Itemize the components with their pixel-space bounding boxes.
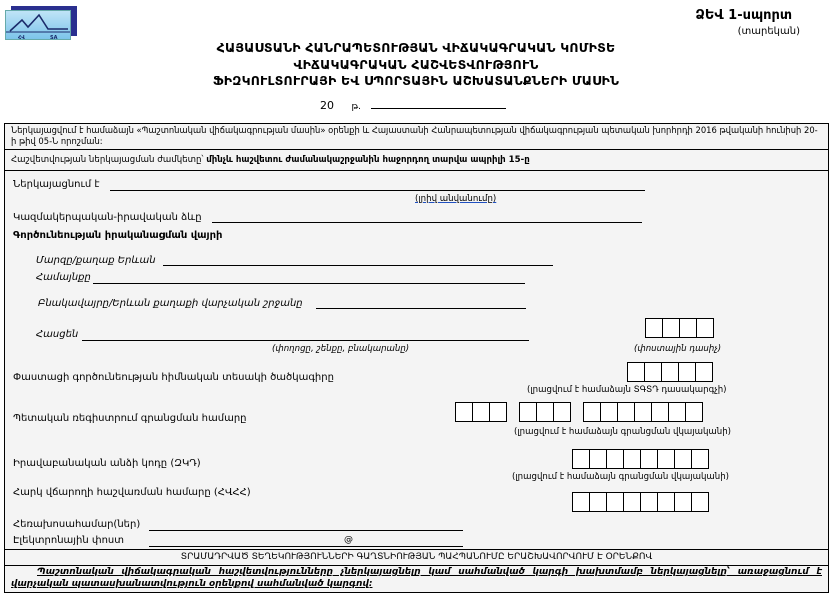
email-at-sign: @ [344,535,353,545]
digit-cell[interactable] [668,402,686,422]
digit-cell[interactable] [645,318,663,338]
year-prefix: 20 [320,99,334,112]
digit-cell[interactable] [679,318,697,338]
report-year: 20 թ. [320,98,506,112]
title-line-1: ՀԱՅԱՍՏԱՆԻ ՀԱՆՐԱՊԵՏՈՒԹՅԱՆ ՎԻՃԱԿԱԳՐԱԿԱՆ ԿՈ… [0,40,832,55]
address-input[interactable] [82,340,529,341]
digit-group[interactable] [519,402,571,422]
deadline-value: մինչև հաշվետու ժամանակաշրջանին հաջորդող … [206,155,530,165]
registration-number-boxes[interactable] [455,402,703,422]
title-line-2: ՎԻՃԱԿԱԳՐԱԿԱՆ ՀԱՇՎԵՏՎՈՒԹՅՈՒՆ [0,57,832,72]
settlement-input[interactable] [316,308,526,309]
digit-cell[interactable] [657,492,675,512]
settlement-label: Բնակավայրը/Երևան քաղաքի վարչական շրջանը [38,298,303,309]
digit-cell[interactable] [691,492,709,512]
digit-cell[interactable] [455,402,473,422]
form-period: (տարեկան) [738,26,800,37]
digit-group[interactable] [583,402,703,422]
postal-code-hint: (փոստային դասիչ) [634,344,721,354]
legal-basis: Ներկայացվում է համաձայն «Պաշտոնական վիճա… [5,124,828,150]
digit-cell[interactable] [640,492,658,512]
email-label: Էլեկտրոնային փոստ [13,535,124,546]
digit-cell[interactable] [583,402,601,422]
digit-cell[interactable] [606,449,624,469]
community-label: Համայնքը [36,272,91,283]
digit-cell[interactable] [606,492,624,512]
legal-form-input[interactable] [212,222,642,223]
address-label: Հասցեն [36,329,78,340]
confidentiality-notice: ՏՐԱՄԱԴՐՎԱԾ ՏԵՂԵԿՈՒԹՅՈՒՆՆԵՐԻ ԳԱՂՏՆԻՈՒԹՅԱՆ… [5,549,828,566]
digit-cell[interactable] [519,402,537,422]
registration-number-label: Պետական ռեգիստրում գրանցման համարը [13,413,247,424]
year-input[interactable] [371,98,506,109]
email-input[interactable] [149,546,463,547]
legal-entity-code-boxes[interactable] [572,449,709,469]
form-code: ՁԵՎ 1-սպորտ [695,8,792,23]
digit-cell[interactable] [623,449,641,469]
digit-cell[interactable] [657,449,675,469]
legal-entity-code-label: Իրավաբանական անձի կոդը (ԶԿԴ) [13,458,201,469]
region-input[interactable] [163,265,553,266]
digit-cell[interactable] [600,402,618,422]
digit-cell[interactable] [678,362,696,382]
digit-cell[interactable] [617,402,635,422]
digit-cell[interactable] [489,402,507,422]
digit-cell[interactable] [572,492,590,512]
community-input[interactable] [93,283,525,284]
digit-cell[interactable] [661,362,679,382]
digit-group[interactable] [455,402,507,422]
digit-cell[interactable] [627,362,645,382]
region-label: Մարզը/քաղաք Երևան [36,255,156,266]
digit-cell[interactable] [674,492,692,512]
digit-cell[interactable] [640,449,658,469]
title-line-3: ՖԻԶԿՈՒԼՏՈՒՐԱՅԻ ԵՎ ՍՊՈՐՏԱՅԻՆ ԱՇԽԱՏԱՆՔՆԵՐԻ… [0,73,832,88]
digit-cell[interactable] [696,318,714,338]
statistics-logo: ՀՎ SA [5,6,77,40]
digit-cell[interactable] [589,449,607,469]
digit-cell[interactable] [644,362,662,382]
tax-id-label: Հարկ վճարողի հաշվառման համարը (ՀՎՀՀ) [13,487,251,498]
digit-cell[interactable] [691,449,709,469]
digit-cell[interactable] [472,402,490,422]
postal-code-boxes[interactable] [645,318,714,338]
submission-deadline: Հաշվետվության ներկայացման ժամկետը՝ մինչև… [5,151,828,171]
penalty-notice: Պաշտոնական վիճակագրական հաշվետվություննե… [5,566,828,590]
digit-cell[interactable] [589,492,607,512]
legal-entity-code-hint: (լրացվում է համաձայն գրանցման վկայականի) [512,472,729,482]
digit-cell[interactable] [572,449,590,469]
registration-number-hint: (լրացվում է համաձայն գրանցման վկայականի) [514,427,731,437]
address-hint: (փողոցը, շենքը, բնակարանը) [272,344,409,354]
phone-input[interactable] [149,530,463,531]
location-heading: Գործունեության իրականացման վայրի [13,230,222,241]
digit-cell[interactable] [674,449,692,469]
digit-cell[interactable] [536,402,554,422]
statistics-logo-icon [6,11,70,39]
submitter-input[interactable] [110,190,645,191]
tax-id-boxes[interactable] [572,492,709,512]
digit-cell[interactable] [695,362,713,382]
activity-code-boxes[interactable] [627,362,713,382]
logo-panel: ՀՎ SA [5,10,71,40]
digit-cell[interactable] [634,402,652,422]
submitter-label: Ներկայացնում է [13,179,100,190]
digit-cell[interactable] [651,402,669,422]
digit-cell[interactable] [662,318,680,338]
phone-label: Հեռախոսահամար(ներ) [13,519,140,530]
deadline-label: Հաշվետվության ներկայացման ժամկետը՝ [11,155,203,165]
activity-code-hint: (լրացվում է համաձայն ՏԳՏԴ դասակարգչի) [527,385,727,395]
digit-cell[interactable] [685,402,703,422]
year-suffix: թ. [352,102,362,112]
legal-form-label: Կազմակերպական-իրավական ձևը [13,212,202,223]
digit-cell[interactable] [553,402,571,422]
activity-code-label: Փաստացի գործունեության հիմնական տեսակի ծ… [13,372,334,383]
digit-cell[interactable] [623,492,641,512]
submitter-hint: (լրիվ անվանումը) [415,194,496,204]
